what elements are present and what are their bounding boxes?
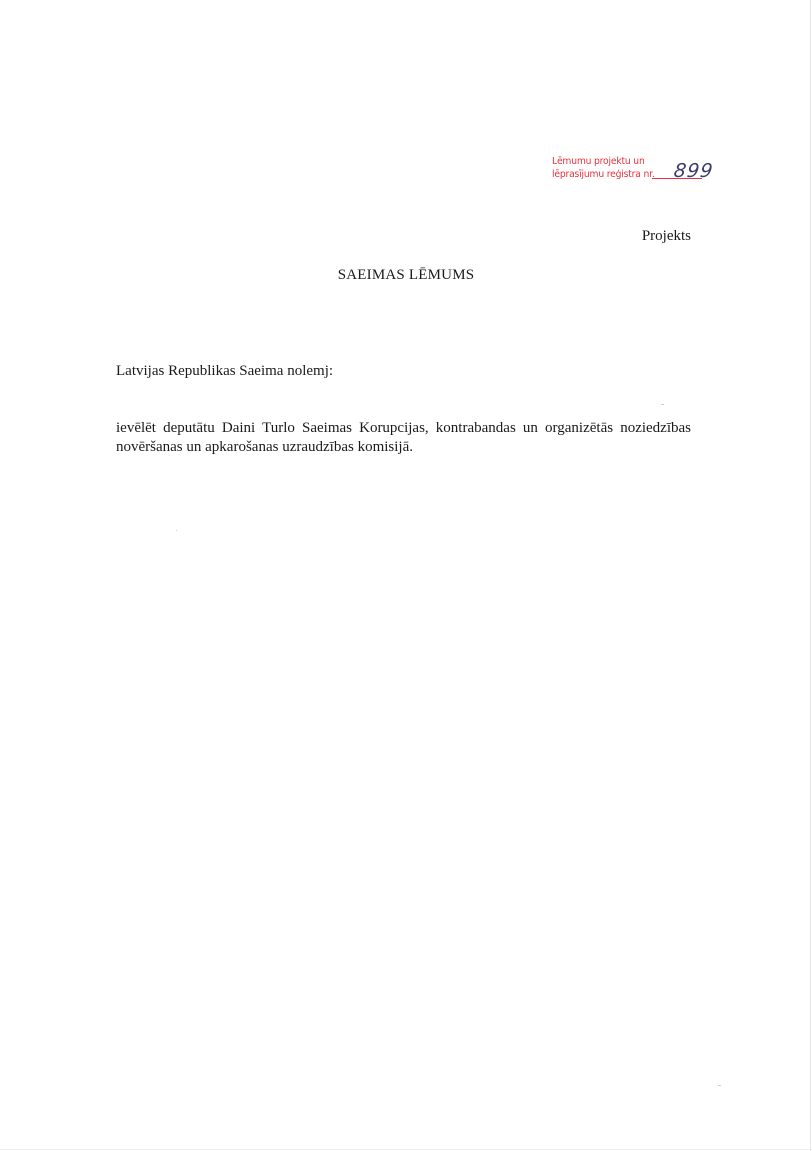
decision-paragraph: ievēlēt deputātu Daini Turlo Saeimas Kor… [116, 419, 691, 457]
registry-stamp: Lēmumu projektu un lēprasījumu reģistra … [552, 156, 712, 181]
scan-speck [661, 404, 664, 405]
intro-paragraph: Latvijas Republikas Saeima nolemj: [116, 362, 333, 380]
scan-edge-bottom [0, 1149, 812, 1150]
scan-speck [718, 1085, 721, 1086]
registry-number-handwritten: 899 [673, 161, 715, 181]
document-title: SAEIMAS LĒMUMS [0, 266, 812, 284]
scan-edge-right [810, 0, 811, 1151]
scanned-document-page: Lēmumu projektu un lēprasījumu reģistra … [0, 0, 812, 1151]
draft-label: Projekts [642, 227, 691, 245]
scan-speck [176, 530, 177, 531]
